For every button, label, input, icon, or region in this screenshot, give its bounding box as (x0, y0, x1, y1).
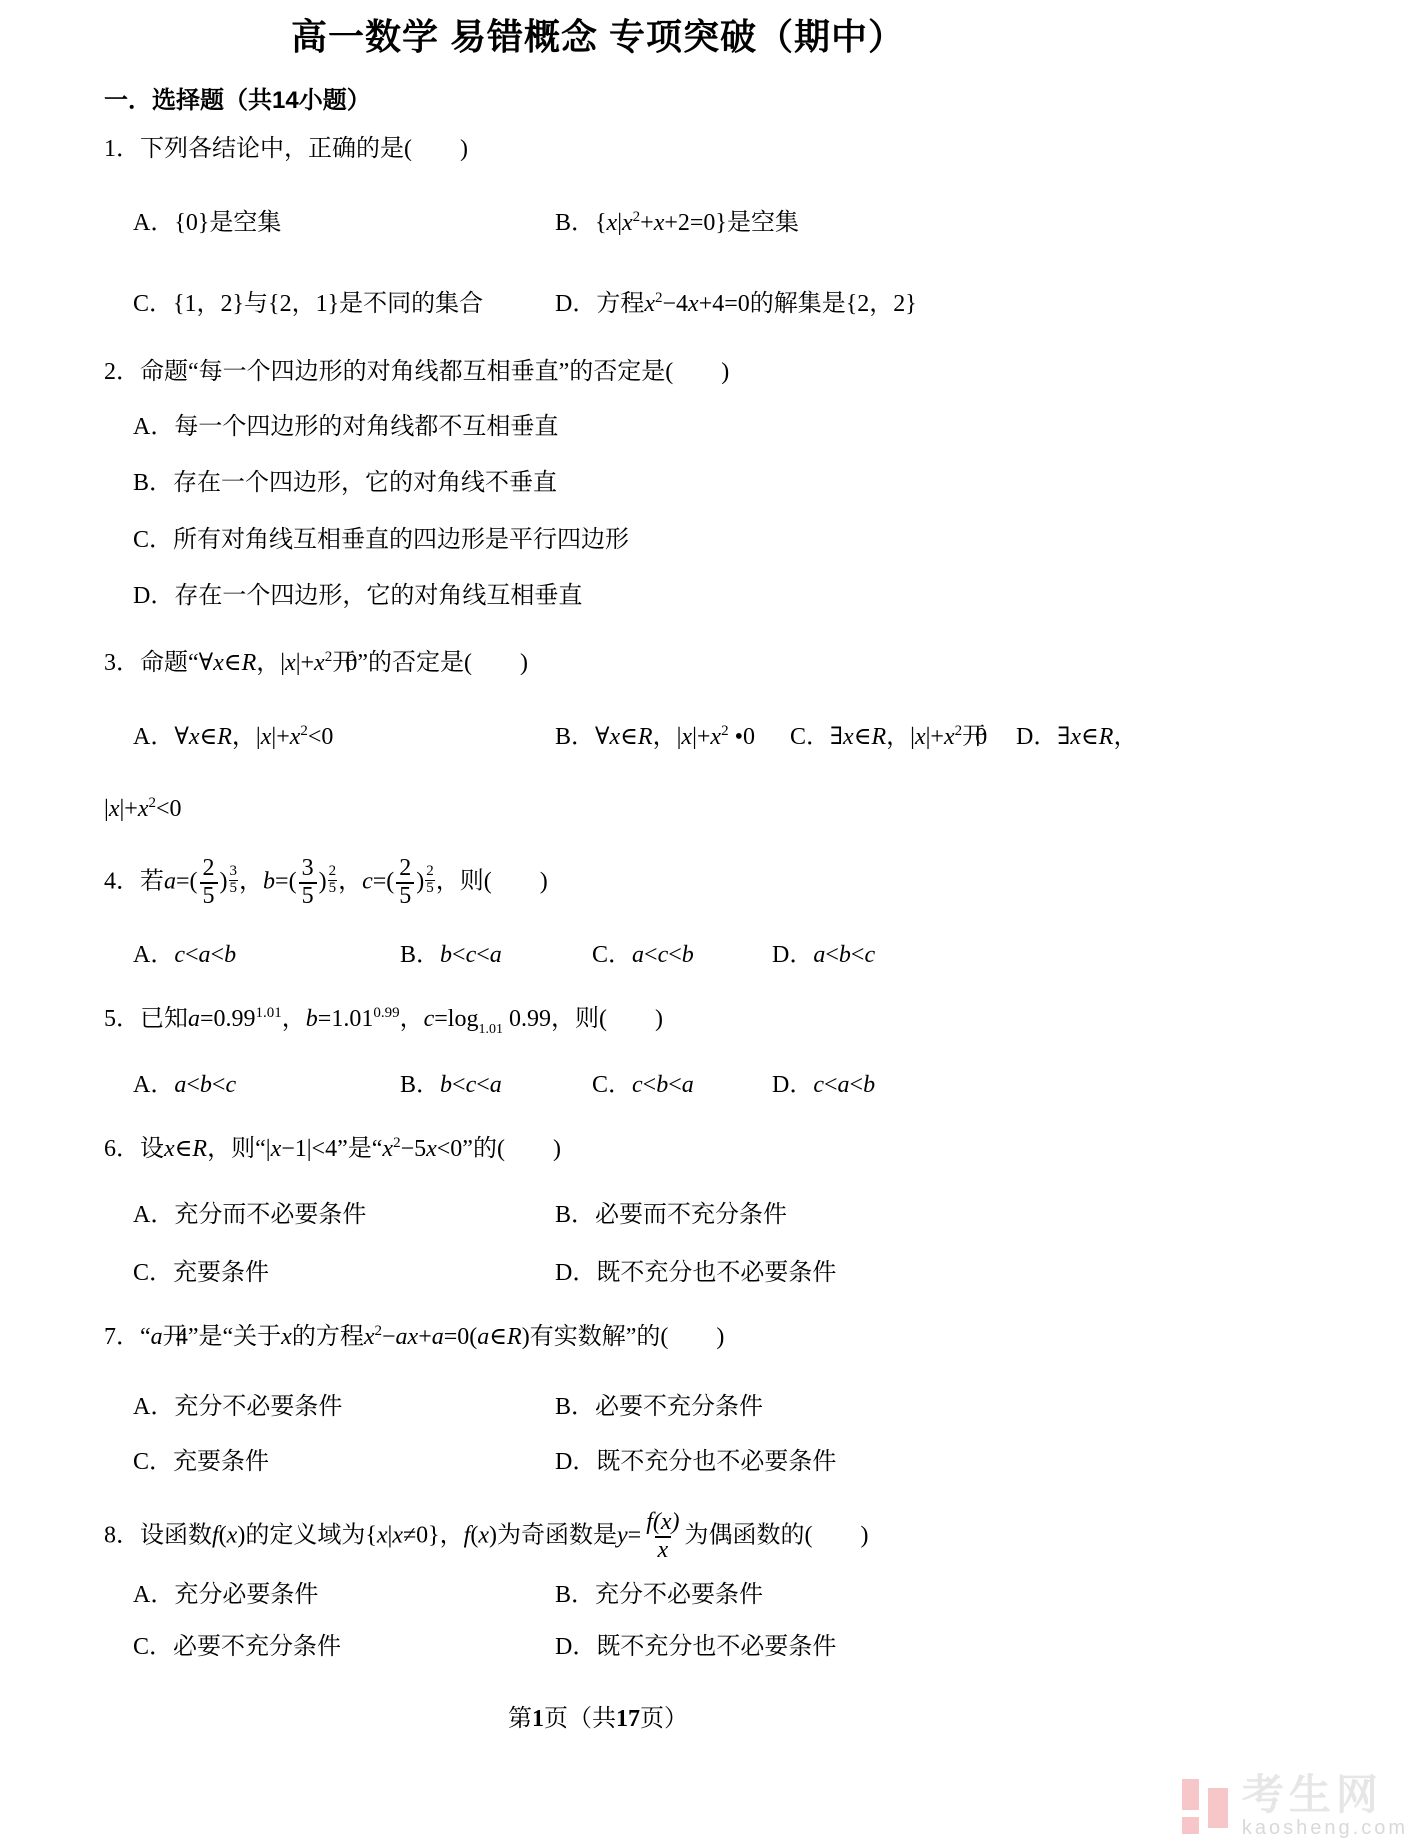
question-1-prompt: 1．下列各结论中，正确的是( ) (104, 132, 468, 166)
question-2-option-b: B．存在一个四边形，它的对角线不垂直 (133, 466, 557, 500)
question-3-prompt: 3．命题“∀x∈R，|x|+x2开0”的否定是( ) (104, 646, 528, 680)
watermark: 考生网 kaosheng.com (1182, 1774, 1408, 1838)
question-6-option-c: C．充要条件 (133, 1256, 269, 1290)
question-2-option-a: A．每一个四边形的对角线都不互相垂直 (133, 410, 558, 444)
question-6-option-a: A．充分而不必要条件 (133, 1198, 366, 1232)
question-1-option-d: D．方程x2−4x+4=0的解集是{2，2} (555, 287, 917, 321)
question-7-option-d: D．既不充分也不必要条件 (555, 1445, 836, 1479)
page-title: 高一数学 易错概念 专项突破（期中） (0, 14, 1196, 60)
question-8-prompt: 8．设函数f(x)的定义域为{x|x≠0}，f(x)为奇函数是y=f(x)x为偶… (104, 1510, 869, 1564)
question-5-option-c: C．c<b<a (592, 1068, 694, 1102)
question-6-option-b: B．必要而不充分条件 (555, 1198, 787, 1232)
question-8-option-b: B．充分不必要条件 (555, 1578, 763, 1612)
question-5-option-d: D．c<a<b (772, 1068, 875, 1102)
question-2-option-c: C．所有对角线互相垂直的四边形是平行四边形 (133, 523, 629, 557)
question-7-option-c: C．充要条件 (133, 1445, 269, 1479)
logo-block (1182, 1817, 1199, 1834)
question-3-option-c: C．∃x∈R，|x|+x2开0 (790, 720, 987, 754)
question-1-option-b: B．{x|x2+x+2=0}是空集 (555, 206, 799, 240)
question-8-option-c: C．必要不充分条件 (133, 1630, 341, 1664)
question-1-option-c: C．{1，2}与{2，1}是不同的集合 (133, 287, 483, 321)
logo-block (1208, 1788, 1228, 1828)
question-4-option-a: A．c<a<b (133, 938, 236, 972)
watermark-text: 考生网 kaosheng.com (1242, 1774, 1408, 1838)
question-3-option-d: D．∃x∈R， (1016, 720, 1137, 754)
question-2-option-d: D．存在一个四边形，它的对角线互相垂直 (133, 579, 582, 613)
question-4-option-c: C．a<c<b (592, 938, 694, 972)
question-3-option-b: B．∀x∈R，|x|+x2 •0 (555, 720, 755, 754)
watermark-site-url: kaosheng.com (1242, 1818, 1408, 1838)
question-6-prompt: 6．设x∈R，则“|x−1|<4”是“x2−5x<0”的( ) (104, 1132, 561, 1166)
page-number-footer: 第1页（共17页） (0, 1702, 1196, 1736)
question-4-option-d: D．a<b<c (772, 938, 875, 972)
question-8-option-d: D．既不充分也不必要条件 (555, 1630, 836, 1664)
question-5-option-a: A．a<b<c (133, 1068, 236, 1102)
question-2-prompt: 2．命题“每一个四边形的对角线都互相垂直”的否定是( ) (104, 355, 729, 389)
question-7-option-b: B．必要不充分条件 (555, 1390, 763, 1424)
question-3-option-d-continued: |x|+x2<0 (104, 792, 182, 826)
logo-block (1182, 1779, 1199, 1810)
section-heading: 一．选择题（共14小题） (104, 84, 371, 118)
kaosheng-logo-icon (1182, 1777, 1228, 1835)
question-7-prompt: 7．“a开4”是“关于x的方程x2−ax+a=0(a∈R)有实数解”的( ) (104, 1320, 724, 1354)
question-8-option-a: A．充分必要条件 (133, 1578, 318, 1612)
question-4-option-b: B．b<c<a (400, 938, 502, 972)
question-3-option-a: A．∀x∈R，|x|+x2<0 (133, 720, 333, 754)
question-1-option-a: A．{0}是空集 (133, 206, 281, 240)
question-5-prompt: 5．已知a=0.991.01，b=1.010.99，c=log1.01 0.99… (104, 1002, 663, 1036)
question-5-option-b: B．b<c<a (400, 1068, 502, 1102)
question-6-option-d: D．既不充分也不必要条件 (555, 1256, 836, 1290)
question-4-prompt: 4．若a=(25)35，b=(35)25，c=(25)25，则( ) (104, 856, 548, 910)
question-7-option-a: A．充分不必要条件 (133, 1390, 342, 1424)
watermark-site-name: 考生网 (1242, 1774, 1383, 1816)
